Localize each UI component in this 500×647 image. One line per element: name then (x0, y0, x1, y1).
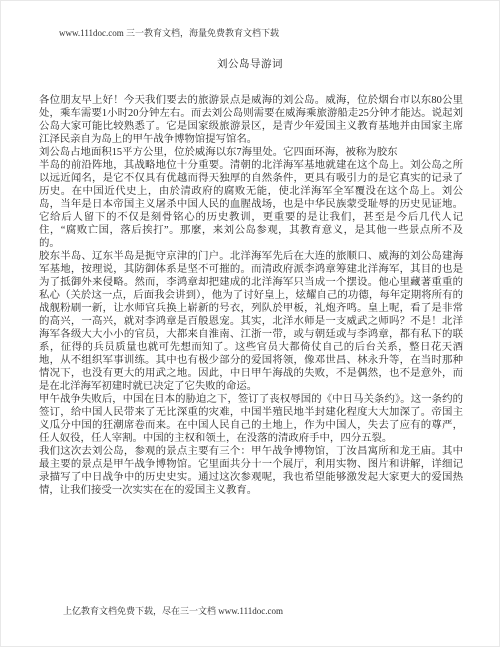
paragraph-beiyang-navy: 胶东半岛、辽东半岛是扼守京津的门户。北洋海军先后在大连的旅顺口、威海的刘公岛建海… (39, 250, 463, 393)
document-title: 刘公岛导游词 (1, 56, 499, 71)
paragraph-island-overview: 刘公岛占地面积15平方公里，位於威海以东7海里处。它四面环海，被称为胶东 半岛的… (39, 146, 463, 250)
document-body: 各位朋友早上好！今天我们要去的旅游景点是威海的刘公岛。威海，位於烟台市以东80公… (39, 94, 463, 497)
site-watermark-header: www.111doc.com 三一教育文档，海量免费教育文档下载 (59, 28, 279, 39)
document-page: www.111doc.com 三一教育文档，海量免费教育文档下载 刘公岛导游词 … (0, 0, 500, 647)
site-watermark-footer: 上亿教育文档免费下载，尽在三一文档 www.111doc.com (63, 606, 283, 617)
paragraph-tour-sites: 我们这次去刘公岛，参观的景点主要有三个：甲午战争博物馆，丁汝昌寓所和龙王庙。其中… (39, 445, 463, 497)
paragraph-intro: 各位朋友早上好！今天我们要去的旅游景点是威海的刘公岛。威海，位於烟台市以东80公… (39, 94, 463, 146)
paragraph-treaty-shimonoseki: 甲午战争失败后，中国在日本的胁迫之下，签订了丧权辱国的《中日马关条约》。这一条约… (39, 393, 463, 445)
